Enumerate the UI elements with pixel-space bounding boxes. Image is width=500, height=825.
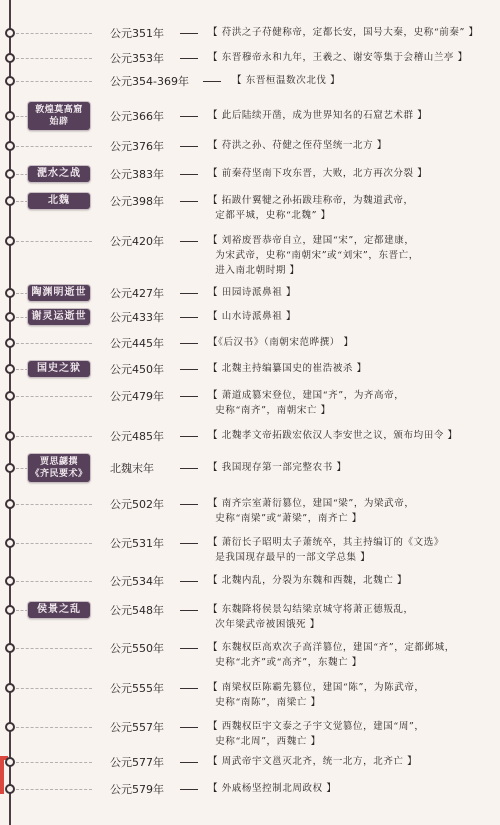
event-description: 【 前秦苻坚南下攻东晋，大败，北方再次分裂 】 bbox=[208, 166, 427, 181]
badge-label: 贾思勰撰 bbox=[28, 456, 90, 468]
red-accent-bar bbox=[0, 758, 4, 794]
event-description: 【 东魏权臣高欢次子高洋篡位，建国“齐”，定都邺城， 史称“北齐”或“高齐”，东… bbox=[208, 640, 455, 670]
dash-separator bbox=[180, 468, 198, 469]
dash-separator bbox=[180, 762, 198, 763]
badge-label: 陶渊明逝世 bbox=[28, 287, 90, 299]
badge-label: 《齐民要术》 bbox=[28, 468, 90, 480]
timeline-node-icon bbox=[5, 76, 15, 86]
dashed-connector bbox=[16, 762, 92, 763]
event-description: 【 北魏孝文帝拓跋宏依汉人李安世之议，颁布均田令 】 bbox=[208, 428, 458, 443]
event-description: 【 山水诗派鼻祖 】 bbox=[208, 309, 296, 324]
dashed-connector bbox=[16, 81, 92, 82]
badge-label: 谢灵运逝世 bbox=[28, 311, 90, 323]
timeline-node-icon bbox=[5, 53, 15, 63]
timeline-node-icon bbox=[5, 338, 15, 348]
event-description: 【 苻洪之子苻健称帝，定都长安，国号大秦，史称“前秦” 】 bbox=[208, 25, 479, 40]
dashed-connector bbox=[16, 688, 92, 689]
dash-separator bbox=[180, 241, 198, 242]
timeline-node-icon bbox=[5, 683, 15, 693]
dashed-connector bbox=[16, 789, 92, 790]
timeline-node-icon bbox=[5, 196, 15, 206]
event-year: 公元427年 bbox=[110, 285, 164, 301]
event-badge: 侯景之乱 bbox=[28, 602, 90, 618]
event-year: 公元353年 bbox=[110, 50, 164, 66]
event-description: 【 西魏权臣宇文泰之子宇文觉篡位，建国“周”， 史称“北周”，西魏亡 】 bbox=[208, 719, 425, 749]
dashed-connector bbox=[16, 727, 92, 728]
dashed-connector bbox=[16, 396, 92, 397]
timeline-node-icon bbox=[5, 364, 15, 374]
event-description: 【《后汉书》（南朝宋范晔撰） 】 bbox=[208, 335, 354, 350]
timeline-node-icon bbox=[5, 431, 15, 441]
event-year: 公元557年 bbox=[110, 719, 164, 735]
dash-separator bbox=[180, 293, 198, 294]
dashed-connector bbox=[16, 648, 92, 649]
event-description: 【 东晋穆帝永和九年，王羲之、谢安等集于会稽山兰亭 】 bbox=[208, 50, 468, 65]
event-description: 【 刘裕废晋恭帝自立，建国“宋”，定都建康， 为宋武帝，史称“南朝宋”或“刘宋”… bbox=[208, 233, 419, 278]
event-description: 【 外戚杨坚控制北周政权 】 bbox=[208, 781, 336, 796]
badge-label: 侯景之乱 bbox=[28, 604, 90, 616]
event-badge: 敦煌莫高窟始辟 bbox=[28, 102, 90, 130]
event-year: 公元420年 bbox=[110, 233, 164, 249]
timeline-node-icon bbox=[5, 643, 15, 653]
event-badge: 国史之狱 bbox=[28, 361, 90, 377]
dashed-connector bbox=[16, 581, 92, 582]
event-year: 公元366年 bbox=[110, 108, 164, 124]
event-description: 【 此后陆续开凿，成为世界知名的石窟艺术群 】 bbox=[208, 108, 427, 123]
event-description: 【 我国现存第一部完整农书 】 bbox=[208, 460, 347, 475]
timeline-node-icon bbox=[5, 576, 15, 586]
event-description: 【 萧衍长子昭明太子萧统卒，其主持编订的《文选》 是我国现存最早的一部文学总集 … bbox=[208, 535, 444, 565]
timeline-node-icon bbox=[5, 169, 15, 179]
dash-separator bbox=[180, 317, 198, 318]
event-year: 公元445年 bbox=[110, 335, 164, 351]
event-year: 公元579年 bbox=[110, 781, 164, 797]
dashed-connector bbox=[16, 116, 28, 117]
timeline-node-icon bbox=[5, 463, 15, 473]
dash-separator bbox=[180, 727, 198, 728]
event-description: 【 苻洪之孙、苻健之侄苻坚统一北方 】 bbox=[208, 138, 387, 153]
dash-separator bbox=[203, 81, 221, 82]
timeline-node-icon bbox=[5, 538, 15, 548]
event-description: 【 拓跋什翼犍之孙拓跋珪称帝，为魏道武帝， 定都平城，史称“北魏” 】 bbox=[208, 193, 414, 223]
dash-separator bbox=[180, 789, 198, 790]
event-year: 公元354-369年 bbox=[110, 73, 189, 89]
dash-separator bbox=[180, 610, 198, 611]
event-year: 公元531年 bbox=[110, 535, 164, 551]
event-year: 公元376年 bbox=[110, 138, 164, 154]
event-year: 公元485年 bbox=[110, 428, 164, 444]
dash-separator bbox=[180, 174, 198, 175]
event-year: 公元550年 bbox=[110, 640, 164, 656]
timeline-node-icon bbox=[5, 312, 15, 322]
event-badge: 谢灵运逝世 bbox=[28, 309, 90, 325]
event-year: 公元383年 bbox=[110, 166, 164, 182]
event-description: 【 周武帝宇文邕灭北齐，统一北方，北齐亡 】 bbox=[208, 754, 417, 769]
event-year: 公元450年 bbox=[110, 361, 164, 377]
dash-separator bbox=[180, 146, 198, 147]
event-year: 公元433年 bbox=[110, 309, 164, 325]
event-year: 北魏末年 bbox=[110, 460, 154, 476]
timeline-node-icon bbox=[5, 141, 15, 151]
timeline-node-icon bbox=[5, 784, 15, 794]
dashed-connector bbox=[16, 468, 28, 469]
event-description: 【 北魏主持编纂国史的崔浩被杀 】 bbox=[208, 361, 367, 376]
event-badge: 北魏 bbox=[28, 193, 90, 209]
event-year: 公元351年 bbox=[110, 25, 164, 41]
dash-separator bbox=[180, 543, 198, 544]
timeline-node-icon bbox=[5, 28, 15, 38]
dash-separator bbox=[180, 369, 198, 370]
event-year: 公元534年 bbox=[110, 573, 164, 589]
event-badge: 陶渊明逝世 bbox=[28, 285, 90, 301]
event-description: 【 南梁权臣陈霸先篡位，建国“陈”，为陈武帝， 史称“南陈”，南梁亡 】 bbox=[208, 680, 425, 710]
badge-label: 始辟 bbox=[28, 116, 90, 128]
dashed-connector bbox=[16, 33, 92, 34]
dashed-connector bbox=[16, 241, 92, 242]
event-year: 公元555年 bbox=[110, 680, 164, 696]
timeline-axis bbox=[9, 0, 11, 825]
badge-label: 国史之狱 bbox=[28, 363, 90, 375]
timeline-node-icon bbox=[5, 722, 15, 732]
badge-label: 北魏 bbox=[28, 195, 90, 207]
dash-separator bbox=[180, 648, 198, 649]
dash-separator bbox=[180, 33, 198, 34]
event-year: 公元548年 bbox=[110, 602, 164, 618]
dashed-connector bbox=[16, 543, 92, 544]
timeline-node-icon bbox=[5, 605, 15, 615]
timeline-node-icon bbox=[5, 391, 15, 401]
event-description: 【 田园诗派鼻祖 】 bbox=[208, 285, 296, 300]
dash-separator bbox=[180, 201, 198, 202]
dash-separator bbox=[180, 504, 198, 505]
event-year: 公元479年 bbox=[110, 388, 164, 404]
dash-separator bbox=[180, 688, 198, 689]
timeline-node-icon bbox=[5, 757, 15, 767]
dash-separator bbox=[180, 396, 198, 397]
event-description: 【 东晋桓温数次北伐 】 bbox=[232, 73, 340, 88]
timeline-node-icon bbox=[5, 111, 15, 121]
badge-label: 淝水之战 bbox=[28, 168, 90, 180]
dashed-connector bbox=[16, 58, 92, 59]
event-description: 【 东魏降将侯景勾结梁京城守将萧正德叛乱， 次年梁武帝被困饿死 】 bbox=[208, 602, 414, 632]
dashed-connector bbox=[16, 369, 28, 370]
event-description: 【 北魏内乱，分裂为东魏和西魏，北魏亡 】 bbox=[208, 573, 407, 588]
dashed-connector bbox=[16, 146, 92, 147]
event-year: 公元398年 bbox=[110, 193, 164, 209]
event-badge: 淝水之战 bbox=[28, 166, 90, 182]
dashed-connector bbox=[16, 317, 28, 318]
event-badge: 贾思勰撰《齐民要术》 bbox=[28, 454, 90, 482]
timeline-node-icon bbox=[5, 499, 15, 509]
dash-separator bbox=[180, 581, 198, 582]
dash-separator bbox=[180, 58, 198, 59]
badge-label: 敦煌莫高窟 bbox=[28, 104, 90, 116]
timeline-node-icon bbox=[5, 236, 15, 246]
dashed-connector bbox=[16, 343, 92, 344]
dashed-connector bbox=[16, 174, 28, 175]
event-description: 【 南齐宗室萧衍篡位，建国“梁”，为梁武帝， 史称“南梁”或“萧梁”，南齐亡 】 bbox=[208, 496, 414, 526]
dash-separator bbox=[180, 343, 198, 344]
dash-separator bbox=[180, 116, 198, 117]
timeline-node-icon bbox=[5, 288, 15, 298]
dashed-connector bbox=[16, 610, 28, 611]
dashed-connector bbox=[16, 504, 92, 505]
event-year: 公元577年 bbox=[110, 754, 164, 770]
dashed-connector bbox=[16, 436, 92, 437]
dashed-connector bbox=[16, 293, 28, 294]
event-description: 【 萧道成篡宋登位，建国“齐”，为齐高帝， 史称“南齐”，南朝宋亡 】 bbox=[208, 388, 404, 418]
dash-separator bbox=[180, 436, 198, 437]
dashed-connector bbox=[16, 201, 28, 202]
event-year: 公元502年 bbox=[110, 496, 164, 512]
